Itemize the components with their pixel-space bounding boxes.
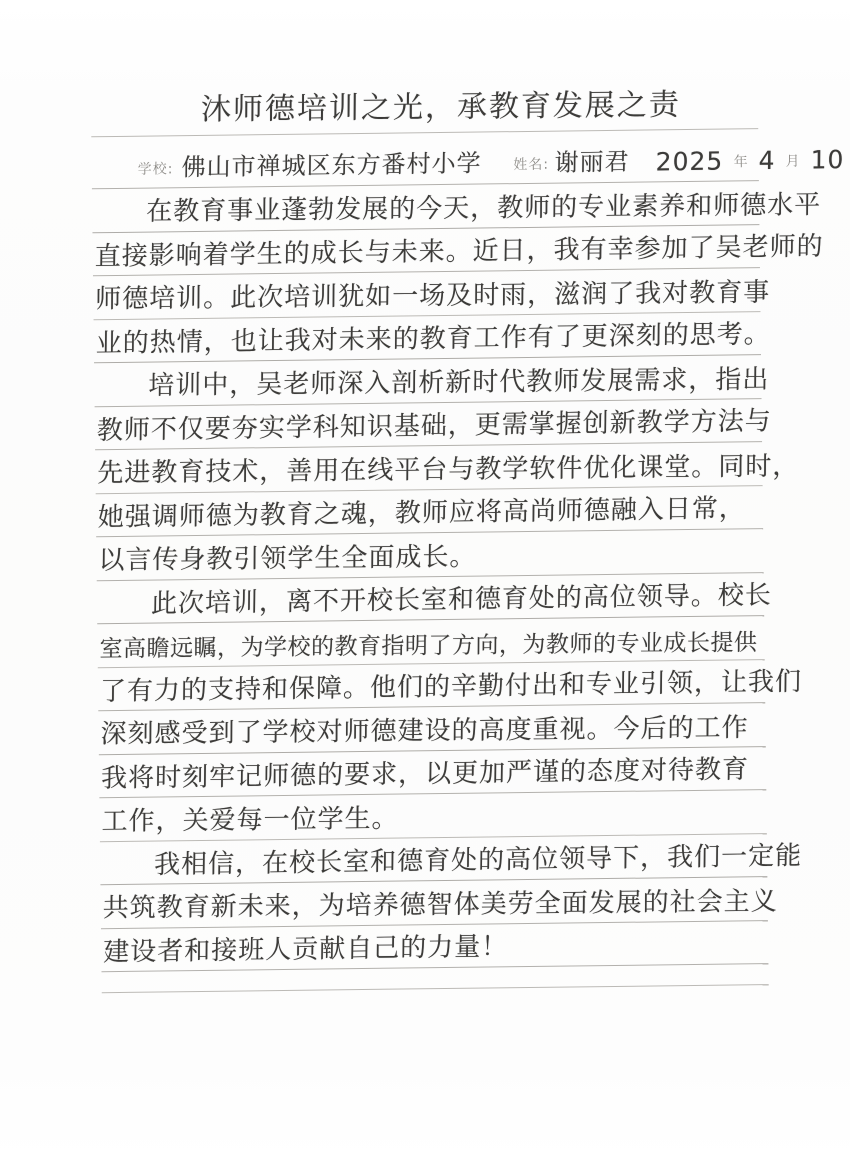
line-text: 我将时刻牢记师德的要求，以更加严谨的态度对待教育 <box>101 749 749 795</box>
school-value: 佛山市禅城区东方番村小学 <box>181 143 481 182</box>
date-group: 2025 年 4 月 10 日 <box>650 145 850 177</box>
line-text: 共筑教育新未来，为培养德智体美劳全面发展的社会主义 <box>103 880 778 924</box>
line-text: 她强调师德为教育之魂，教师应将高尚师德融入日常， <box>98 488 746 534</box>
line-text: 先进教育技术，善用在线平台与教学软件优化课堂。同时， <box>97 445 799 489</box>
essay-header-row: 学校: 佛山市禅城区东方番村小学 姓名: 谢丽君 2025 年 4 月 10 日 <box>91 129 759 189</box>
name-label: 姓名: <box>513 154 549 178</box>
line-text: 我相信，在校长室和德育处的高位领导下，我们一定能 <box>154 835 802 881</box>
line-text: 直接影响着学生的成长与未来。近日，我有幸参加了吴老师的 <box>95 226 824 273</box>
name-value: 谢丽君 <box>555 142 630 178</box>
line-text: 以言传身教引领学生全面成长。 <box>98 536 476 577</box>
line-text: 建设者和接班人贡献自己的力量！ <box>103 926 508 969</box>
date-month: 4 <box>753 146 782 175</box>
line-text: 工作，关爱每一位学生。 <box>101 797 398 837</box>
line-text: 了有力的支持和保障。他们的辛勤付出和专业引领，让我们 <box>100 661 802 708</box>
line-text: 深刻感受到了学校对师德建设的高度重视。今后的工作 <box>100 706 748 750</box>
line-text: 培训中，吴老师深入剖析新时代教师发展需求，指出 <box>148 358 769 401</box>
essay-title: 沐师德培训之光，承教育发展之责 <box>201 80 681 129</box>
school-label: 学校: <box>138 158 174 182</box>
scanned-paper-background: 沐师德培训之光，承教育发展之责 学校: 佛山市禅城区东方番村小学 姓名: 谢丽君… <box>0 0 850 1161</box>
line-text: 在教育事业蓬勃发展的今天，教师的专业素养和师德水平 <box>146 184 821 228</box>
date-month-unit: 月 <box>785 151 800 175</box>
line-text: 教师不仅要夯实学科知识基础，更需掌握创新教学方法与 <box>97 400 772 447</box>
date-day: 10 <box>804 145 850 175</box>
essay-title-row: 沐师德培训之光，承教育发展之责 <box>91 67 759 137</box>
line-text: 室高瞻远瞩，为学校的教育指明了方向，为教师的专业成长提供 <box>99 623 757 663</box>
handwritten-essay-sheet: 沐师德培训之光，承教育发展之责 学校: 佛山市禅城区东方番村小学 姓名: 谢丽君… <box>91 67 769 993</box>
line-text: 师德培训。此次培训犹如一场及时雨，滋润了我对教育事 <box>95 271 770 315</box>
line-text: 此次培训，离不开校长室和德育处的高位领导。校长 <box>151 574 772 620</box>
line-text: 业的热情，也让我对未来的教育工作有了更深刻的思考。 <box>96 313 771 360</box>
date-year-unit: 年 <box>734 151 749 175</box>
date-year: 2025 <box>650 146 730 176</box>
